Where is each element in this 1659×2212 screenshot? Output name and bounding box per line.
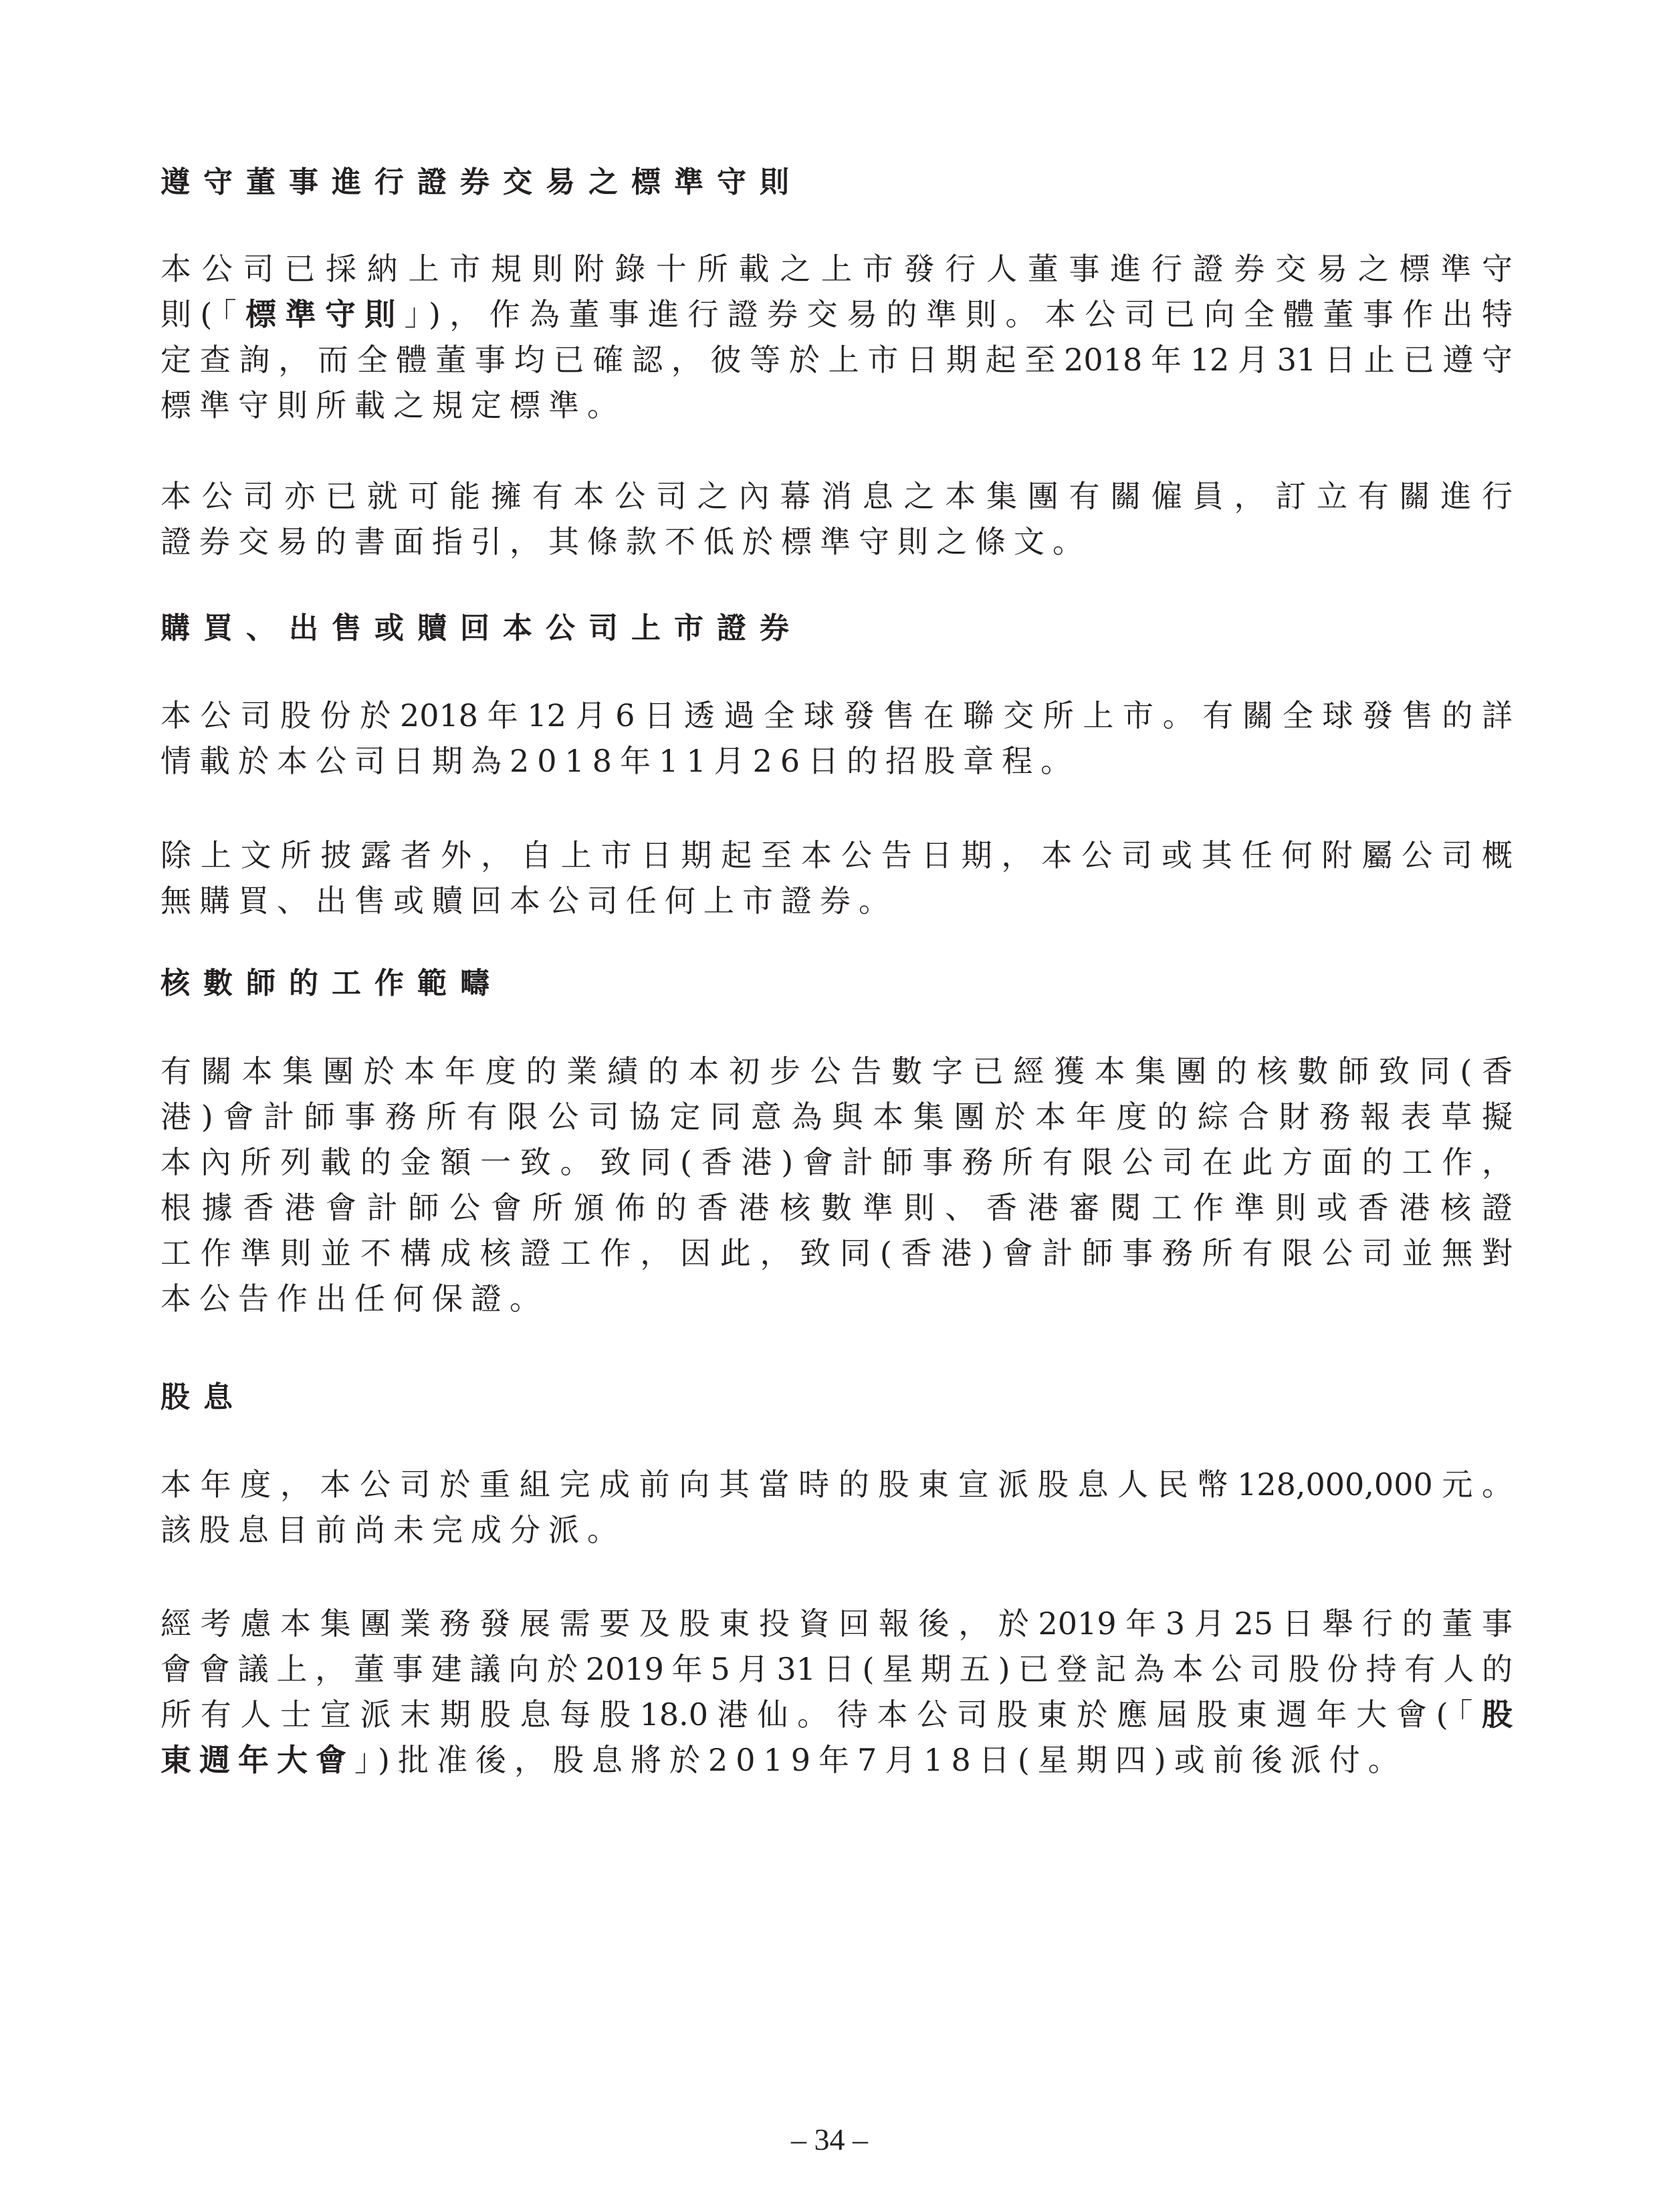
section-heading-purchase-sale-redemption: 購買、出售或贖回本公司上市證券 — [160, 609, 802, 649]
text-line: 有關本集團於本年度的業績的本初步公告數字已經獲本集團的核數師致同(香 — [160, 1048, 1513, 1094]
paragraph-no-redemption: 除上文所披露者外，自上市日期起至本公告日期，本公司或其任何附屬公司概 無購買、出… — [160, 833, 1513, 923]
text-line: 該股息目前尚未完成分派。 — [160, 1507, 1513, 1553]
text-line: 會會議上，董事建議向於2019年5月31日(星期五)已登記為本公司股份持有人的 — [160, 1646, 1513, 1692]
defined-term-model-code: 標準守則 — [245, 296, 405, 332]
text-line: 定查詢，而全體董事均已確認，彼等於上市日期起至2018年12月31日止已遵守 — [160, 337, 1513, 382]
text-line: 證券交易的書面指引，其條款不低於標準守則之條文。 — [160, 519, 1513, 564]
paragraph-listing: 本公司股份於2018年12月6日透過全球發售在聯交所上市。有關全球發售的詳 情載… — [160, 693, 1513, 784]
text-line: 港)會計師事務所有限公司協定同意為與本集團於本年度的綜合財務報表草擬 — [160, 1094, 1513, 1139]
text-line: 除上文所披露者外，自上市日期起至本公告日期，本公司或其任何附屬公司概 — [160, 833, 1513, 878]
text-line: 所有人士宣派末期股息每股18.0港仙。待本公司股東於應屆股東週年大會(「股 — [160, 1692, 1513, 1737]
section-heading-dividends: 股息 — [160, 1377, 246, 1418]
text-line: 本年度，本公司於重組完成前向其當時的股東宣派股息人民幣128,000,000元。 — [160, 1462, 1513, 1507]
defined-term-agm-part1: 股 — [1482, 1696, 1513, 1733]
text-line: 經考慮本集團業務發展需要及股東投資回報後，於2019年3月25日舉行的董事 — [160, 1601, 1513, 1646]
text-line: 工作準則並不構成核證工作，因此，致同(香港)會計師事務所有限公司並無對 — [160, 1230, 1513, 1276]
text-line: 則(「標準守則」)，作為董事進行證券交易的準則。本公司已向全體董事作出特 — [160, 292, 1513, 337]
paragraph-final-dividend: 經考慮本集團業務發展需要及股東投資回報後，於2019年3月25日舉行的董事 會會… — [160, 1601, 1513, 1783]
paragraph-auditor-work: 有關本集團於本年度的業績的本初步公告數字已經獲本集團的核數師致同(香 港)會計師… — [160, 1048, 1513, 1321]
page-number: – 34 – — [0, 2121, 1659, 2159]
text-line: 標準守則所載之規定標準。 — [160, 382, 1513, 428]
text-line: 情載於本公司日期為2018年11月26日的招股章程。 — [160, 738, 1513, 784]
text-line: 根據香港會計師公會所頒佈的香港核數準則、香港審閱工作準則或香港核證 — [160, 1185, 1513, 1230]
defined-term-agm-part2: 東週年大會 — [160, 1742, 354, 1778]
text-line: 東週年大會」)批准後，股息將於2019年7月18日(星期四)或前後派付。 — [160, 1737, 1513, 1783]
paragraph-employee-guidelines: 本公司亦已就可能擁有本公司之內幕消息之本集團有關僱員，訂立有關進行 證券交易的書… — [160, 473, 1513, 564]
section-heading-auditor-scope: 核數師的工作範疇 — [160, 964, 503, 1004]
text-line: 本內所列載的金額一致。致同(香港)會計師事務所有限公司在此方面的工作， — [160, 1139, 1513, 1185]
paragraph-dividend-declared: 本年度，本公司於重組完成前向其當時的股東宣派股息人民幣128,000,000元。… — [160, 1462, 1513, 1553]
text-line: 本公司已採納上市規則附錄十所載之上市發行人董事進行證券交易之標準守 — [160, 246, 1513, 292]
paragraph-model-code-adoption: 本公司已採納上市規則附錄十所載之上市發行人董事進行證券交易之標準守 則(「標準守… — [160, 246, 1513, 428]
text-line: 本公司股份於2018年12月6日透過全球發售在聯交所上市。有關全球發售的詳 — [160, 693, 1513, 738]
section-heading-model-code: 遵守董事進行證券交易之標準守則 — [160, 162, 802, 203]
text-line: 本公告作出任何保證。 — [160, 1276, 1513, 1321]
text-line: 本公司亦已就可能擁有本公司之內幕消息之本集團有關僱員，訂立有關進行 — [160, 473, 1513, 519]
text-line: 無購買、出售或贖回本公司任何上市證券。 — [160, 878, 1513, 923]
